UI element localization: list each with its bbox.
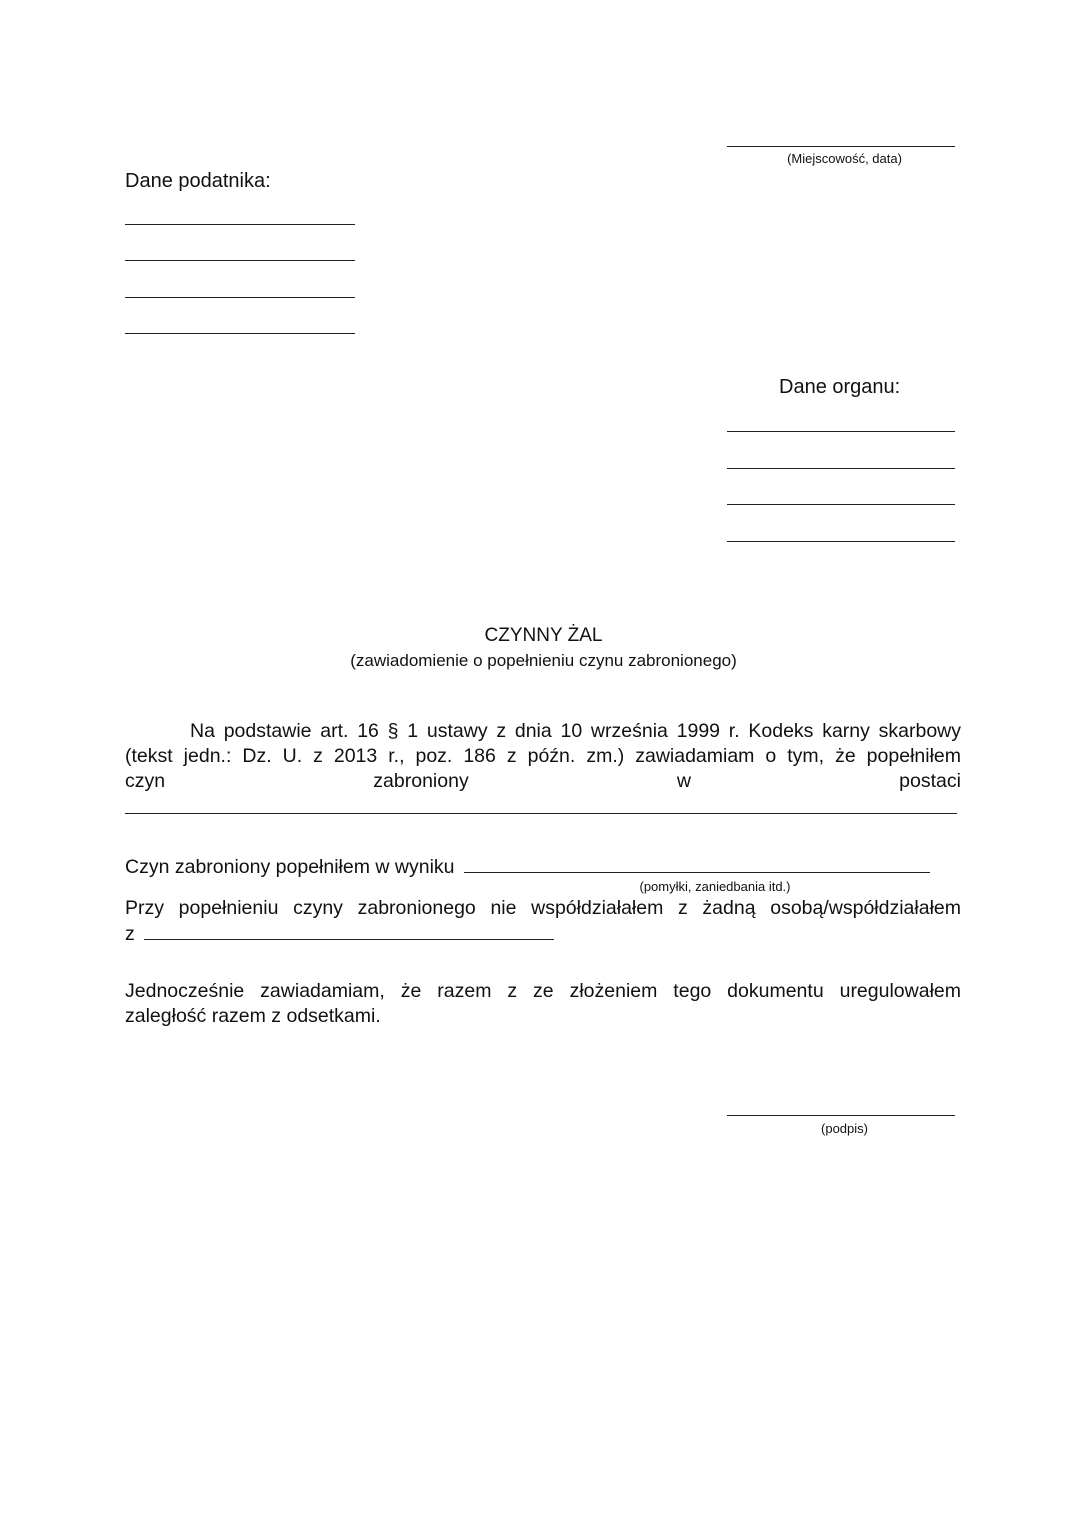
cooperation-field[interactable] — [144, 921, 554, 940]
para3-line1: Jednocześnie zawiadamiam, że razem z ze … — [125, 979, 961, 1004]
authority-label: Dane organu: — [779, 376, 900, 399]
offense-description-field[interactable] — [125, 813, 957, 814]
result-field[interactable] — [464, 854, 930, 873]
taxpayer-label: Dane podatnika: — [125, 170, 271, 193]
paragraph-result: Czyn zabroniony popełniłem w wyniku — [125, 854, 961, 880]
word: czyn — [125, 769, 165, 794]
document-title: CZYNNY ŻAL — [0, 625, 1087, 647]
paragraph-legal-basis: Na podstawie art. 16 § 1 ustawy z dnia 1… — [125, 719, 961, 794]
result-label: Czyn zabroniony popełniłem w wyniku — [125, 856, 455, 878]
taxpayer-field-2[interactable] — [125, 260, 355, 261]
para3-line2: zaległość razem z odsetkami. — [125, 1004, 961, 1029]
authority-field-2[interactable] — [727, 468, 955, 469]
taxpayer-field-4[interactable] — [125, 333, 355, 334]
paragraph-settlement: Jednocześnie zawiadamiam, że razem z ze … — [125, 979, 961, 1029]
para1-line2: (tekst jedn.: Dz. U. z 2013 r., poz. 186… — [125, 744, 961, 769]
word: w — [677, 769, 691, 794]
signature-caption: (podpis) — [727, 1121, 962, 1136]
signature-field[interactable] — [727, 1115, 955, 1116]
place-date-field[interactable] — [727, 146, 955, 147]
para1-line1: Na podstawie art. 16 § 1 ustawy z dnia 1… — [125, 719, 961, 744]
cooperation-prefix: z — [125, 923, 135, 945]
cooperation-line1: Przy popełnieniu czyny zabronionego nie … — [125, 896, 961, 921]
document-subtitle: (zawiadomienie o popełnieniu czynu zabro… — [0, 651, 1087, 671]
word: zabroniony — [373, 769, 468, 794]
paragraph-cooperation: Przy popełnieniu czyny zabronionego nie … — [125, 896, 961, 947]
taxpayer-field-3[interactable] — [125, 297, 355, 298]
place-date-caption: (Miejscowość, data) — [727, 151, 962, 166]
para1-line3: czyn zabroniony w postaci — [125, 769, 961, 794]
word: postaci — [899, 769, 961, 794]
authority-field-3[interactable] — [727, 504, 955, 505]
result-caption: (pomyłki, zaniedbania itd.) — [600, 879, 830, 894]
taxpayer-field-1[interactable] — [125, 224, 355, 225]
authority-field-4[interactable] — [727, 541, 955, 542]
authority-field-1[interactable] — [727, 431, 955, 432]
